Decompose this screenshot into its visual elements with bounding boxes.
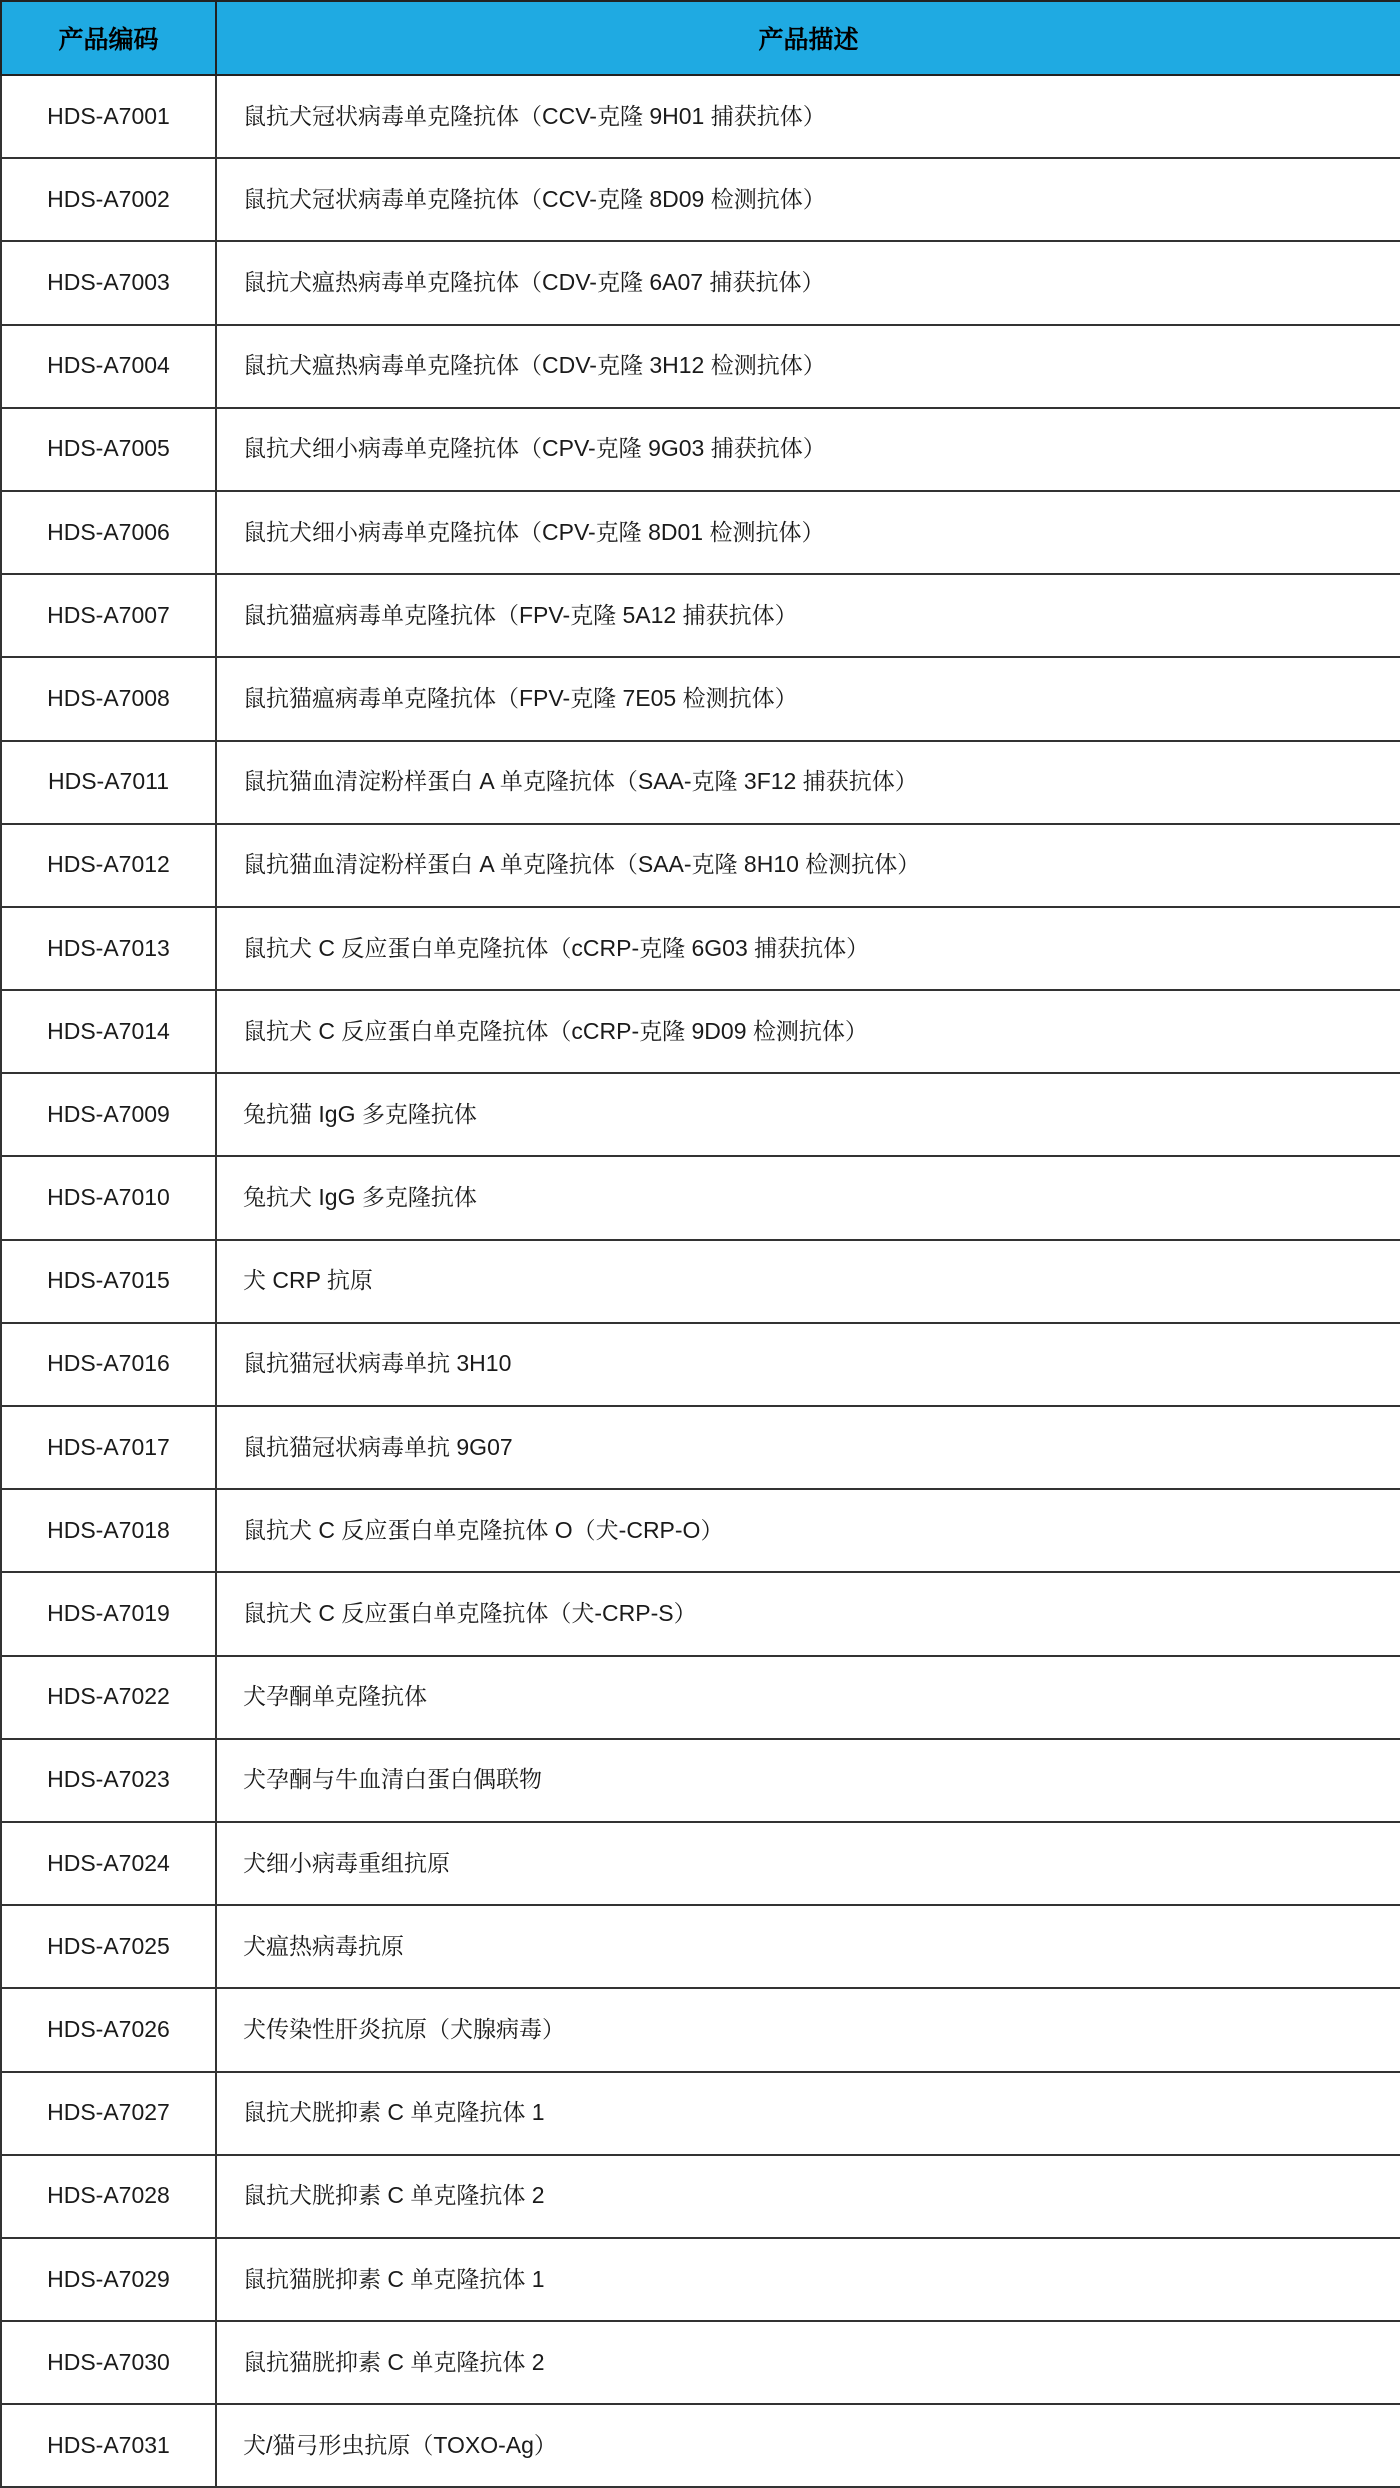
- product-code-cell: HDS-A7003: [1, 241, 216, 324]
- product-desc-cell: 鼠抗犬胱抑素 C 单克隆抗体 1: [216, 2072, 1400, 2155]
- product-desc-cell: 鼠抗猫胱抑素 C 单克隆抗体 2: [216, 2321, 1400, 2404]
- product-desc-cell: 犬细小病毒重组抗原: [216, 1822, 1400, 1905]
- table-header: 产品编码 产品描述: [1, 1, 1400, 75]
- product-code-cell: HDS-A7031: [1, 2404, 216, 2487]
- product-desc-cell: 鼠抗犬冠状病毒单克隆抗体（CCV-克隆 8D09 检测抗体）: [216, 158, 1400, 241]
- table-row: HDS-A7029 鼠抗猫胱抑素 C 单克隆抗体 1: [1, 2238, 1400, 2321]
- table-row: HDS-A7011 鼠抗猫血清淀粉样蛋白 A 单克隆抗体（SAA-克隆 3F12…: [1, 741, 1400, 824]
- table-row: HDS-A7007 鼠抗猫瘟病毒单克隆抗体（FPV-克隆 5A12 捕获抗体）: [1, 574, 1400, 657]
- product-code-cell: HDS-A7013: [1, 907, 216, 990]
- product-desc-cell: 鼠抗猫血清淀粉样蛋白 A 单克隆抗体（SAA-克隆 8H10 检测抗体）: [216, 824, 1400, 907]
- product-desc-cell: 鼠抗猫瘟病毒单克隆抗体（FPV-克隆 5A12 捕获抗体）: [216, 574, 1400, 657]
- product-desc-cell: 鼠抗猫冠状病毒单抗 3H10: [216, 1323, 1400, 1406]
- table-row: HDS-A7023 犬孕酮与牛血清白蛋白偶联物: [1, 1739, 1400, 1822]
- product-code-cell: HDS-A7030: [1, 2321, 216, 2404]
- product-code-cell: HDS-A7005: [1, 408, 216, 491]
- product-code-cell: HDS-A7026: [1, 1988, 216, 2071]
- product-code-cell: HDS-A7022: [1, 1656, 216, 1739]
- product-desc-cell: 鼠抗猫胱抑素 C 单克隆抗体 1: [216, 2238, 1400, 2321]
- table-row: HDS-A7026 犬传染性肝炎抗原（犬腺病毒）: [1, 1988, 1400, 2071]
- product-code-cell: HDS-A7018: [1, 1489, 216, 1572]
- product-desc-cell: 犬/猫弓形虫抗原（TOXO-Ag）: [216, 2404, 1400, 2487]
- product-desc-cell: 鼠抗犬细小病毒单克隆抗体（CPV-克隆 9G03 捕获抗体）: [216, 408, 1400, 491]
- product-code-cell: HDS-A7009: [1, 1073, 216, 1156]
- product-desc-cell: 鼠抗犬 C 反应蛋白单克隆抗体（犬-CRP-S）: [216, 1572, 1400, 1655]
- product-code-cell: HDS-A7010: [1, 1156, 216, 1239]
- table-row: HDS-A7013 鼠抗犬 C 反应蛋白单克隆抗体（cCRP-克隆 6G03 捕…: [1, 907, 1400, 990]
- product-code-cell: HDS-A7029: [1, 2238, 216, 2321]
- product-desc-cell: 鼠抗犬瘟热病毒单克隆抗体（CDV-克隆 6A07 捕获抗体）: [216, 241, 1400, 324]
- product-code-cell: HDS-A7019: [1, 1572, 216, 1655]
- product-desc-cell: 犬 CRP 抗原: [216, 1240, 1400, 1323]
- product-desc-cell: 鼠抗猫冠状病毒单抗 9G07: [216, 1406, 1400, 1489]
- col-header-product-code: 产品编码: [1, 1, 216, 75]
- product-code-cell: HDS-A7016: [1, 1323, 216, 1406]
- table-row: HDS-A7030 鼠抗猫胱抑素 C 单克隆抗体 2: [1, 2321, 1400, 2404]
- product-desc-cell: 鼠抗犬胱抑素 C 单克隆抗体 2: [216, 2155, 1400, 2238]
- product-desc-cell: 鼠抗犬 C 反应蛋白单克隆抗体（cCRP-克隆 9D09 检测抗体）: [216, 990, 1400, 1073]
- table-row: HDS-A7002 鼠抗犬冠状病毒单克隆抗体（CCV-克隆 8D09 检测抗体）: [1, 158, 1400, 241]
- product-code-cell: HDS-A7008: [1, 657, 216, 740]
- product-desc-cell: 鼠抗犬冠状病毒单克隆抗体（CCV-克隆 9H01 捕获抗体）: [216, 75, 1400, 158]
- table-row: HDS-A7024 犬细小病毒重组抗原: [1, 1822, 1400, 1905]
- product-code-cell: HDS-A7001: [1, 75, 216, 158]
- table-row: HDS-A7008 鼠抗猫瘟病毒单克隆抗体（FPV-克隆 7E05 检测抗体）: [1, 657, 1400, 740]
- table-row: HDS-A7019 鼠抗犬 C 反应蛋白单克隆抗体（犬-CRP-S）: [1, 1572, 1400, 1655]
- table-row: HDS-A7025 犬瘟热病毒抗原: [1, 1905, 1400, 1988]
- product-desc-cell: 鼠抗犬细小病毒单克隆抗体（CPV-克隆 8D01 检测抗体）: [216, 491, 1400, 574]
- product-code-cell: HDS-A7025: [1, 1905, 216, 1988]
- table-row: HDS-A7004 鼠抗犬瘟热病毒单克隆抗体（CDV-克隆 3H12 检测抗体）: [1, 325, 1400, 408]
- header-row: 产品编码 产品描述: [1, 1, 1400, 75]
- product-desc-cell: 兔抗犬 IgG 多克隆抗体: [216, 1156, 1400, 1239]
- product-desc-cell: 鼠抗猫瘟病毒单克隆抗体（FPV-克隆 7E05 检测抗体）: [216, 657, 1400, 740]
- table-row: HDS-A7009 兔抗猫 IgG 多克隆抗体: [1, 1073, 1400, 1156]
- product-desc-cell: 兔抗猫 IgG 多克隆抗体: [216, 1073, 1400, 1156]
- product-code-cell: HDS-A7007: [1, 574, 216, 657]
- table-row: HDS-A7028 鼠抗犬胱抑素 C 单克隆抗体 2: [1, 2155, 1400, 2238]
- product-code-cell: HDS-A7027: [1, 2072, 216, 2155]
- product-code-cell: HDS-A7024: [1, 1822, 216, 1905]
- product-code-cell: HDS-A7006: [1, 491, 216, 574]
- product-code-cell: HDS-A7017: [1, 1406, 216, 1489]
- table-row: HDS-A7016 鼠抗猫冠状病毒单抗 3H10: [1, 1323, 1400, 1406]
- product-code-cell: HDS-A7015: [1, 1240, 216, 1323]
- product-code-cell: HDS-A7004: [1, 325, 216, 408]
- table-row: HDS-A7017 鼠抗猫冠状病毒单抗 9G07: [1, 1406, 1400, 1489]
- table-row: HDS-A7012 鼠抗猫血清淀粉样蛋白 A 单克隆抗体（SAA-克隆 8H10…: [1, 824, 1400, 907]
- product-code-cell: HDS-A7028: [1, 2155, 216, 2238]
- product-code-cell: HDS-A7002: [1, 158, 216, 241]
- col-header-product-description: 产品描述: [216, 1, 1400, 75]
- table-row: HDS-A7031 犬/猫弓形虫抗原（TOXO-Ag）: [1, 2404, 1400, 2487]
- product-code-cell: HDS-A7012: [1, 824, 216, 907]
- table-row: HDS-A7014 鼠抗犬 C 反应蛋白单克隆抗体（cCRP-克隆 9D09 检…: [1, 990, 1400, 1073]
- product-code-cell: HDS-A7014: [1, 990, 216, 1073]
- product-desc-cell: 犬瘟热病毒抗原: [216, 1905, 1400, 1988]
- product-desc-cell: 鼠抗犬 C 反应蛋白单克隆抗体 O（犬-CRP-O）: [216, 1489, 1400, 1572]
- product-desc-cell: 犬孕酮与牛血清白蛋白偶联物: [216, 1739, 1400, 1822]
- table-row: HDS-A7001 鼠抗犬冠状病毒单克隆抗体（CCV-克隆 9H01 捕获抗体）: [1, 75, 1400, 158]
- table-body: HDS-A7001 鼠抗犬冠状病毒单克隆抗体（CCV-克隆 9H01 捕获抗体）…: [1, 75, 1400, 2487]
- table-row: HDS-A7015 犬 CRP 抗原: [1, 1240, 1400, 1323]
- product-table: 产品编码 产品描述 HDS-A7001 鼠抗犬冠状病毒单克隆抗体（CCV-克隆 …: [0, 0, 1400, 2488]
- product-desc-cell: 鼠抗犬瘟热病毒单克隆抗体（CDV-克隆 3H12 检测抗体）: [216, 325, 1400, 408]
- product-desc-cell: 鼠抗猫血清淀粉样蛋白 A 单克隆抗体（SAA-克隆 3F12 捕获抗体）: [216, 741, 1400, 824]
- product-code-cell: HDS-A7011: [1, 741, 216, 824]
- table-row: HDS-A7003 鼠抗犬瘟热病毒单克隆抗体（CDV-克隆 6A07 捕获抗体）: [1, 241, 1400, 324]
- product-desc-cell: 犬孕酮单克隆抗体: [216, 1656, 1400, 1739]
- table-row: HDS-A7006 鼠抗犬细小病毒单克隆抗体（CPV-克隆 8D01 检测抗体）: [1, 491, 1400, 574]
- product-desc-cell: 犬传染性肝炎抗原（犬腺病毒）: [216, 1988, 1400, 2071]
- table-row: HDS-A7027 鼠抗犬胱抑素 C 单克隆抗体 1: [1, 2072, 1400, 2155]
- table-row: HDS-A7022 犬孕酮单克隆抗体: [1, 1656, 1400, 1739]
- table-row: HDS-A7005 鼠抗犬细小病毒单克隆抗体（CPV-克隆 9G03 捕获抗体）: [1, 408, 1400, 491]
- product-desc-cell: 鼠抗犬 C 反应蛋白单克隆抗体（cCRP-克隆 6G03 捕获抗体）: [216, 907, 1400, 990]
- table-row: HDS-A7010 兔抗犬 IgG 多克隆抗体: [1, 1156, 1400, 1239]
- product-code-cell: HDS-A7023: [1, 1739, 216, 1822]
- table-row: HDS-A7018 鼠抗犬 C 反应蛋白单克隆抗体 O（犬-CRP-O）: [1, 1489, 1400, 1572]
